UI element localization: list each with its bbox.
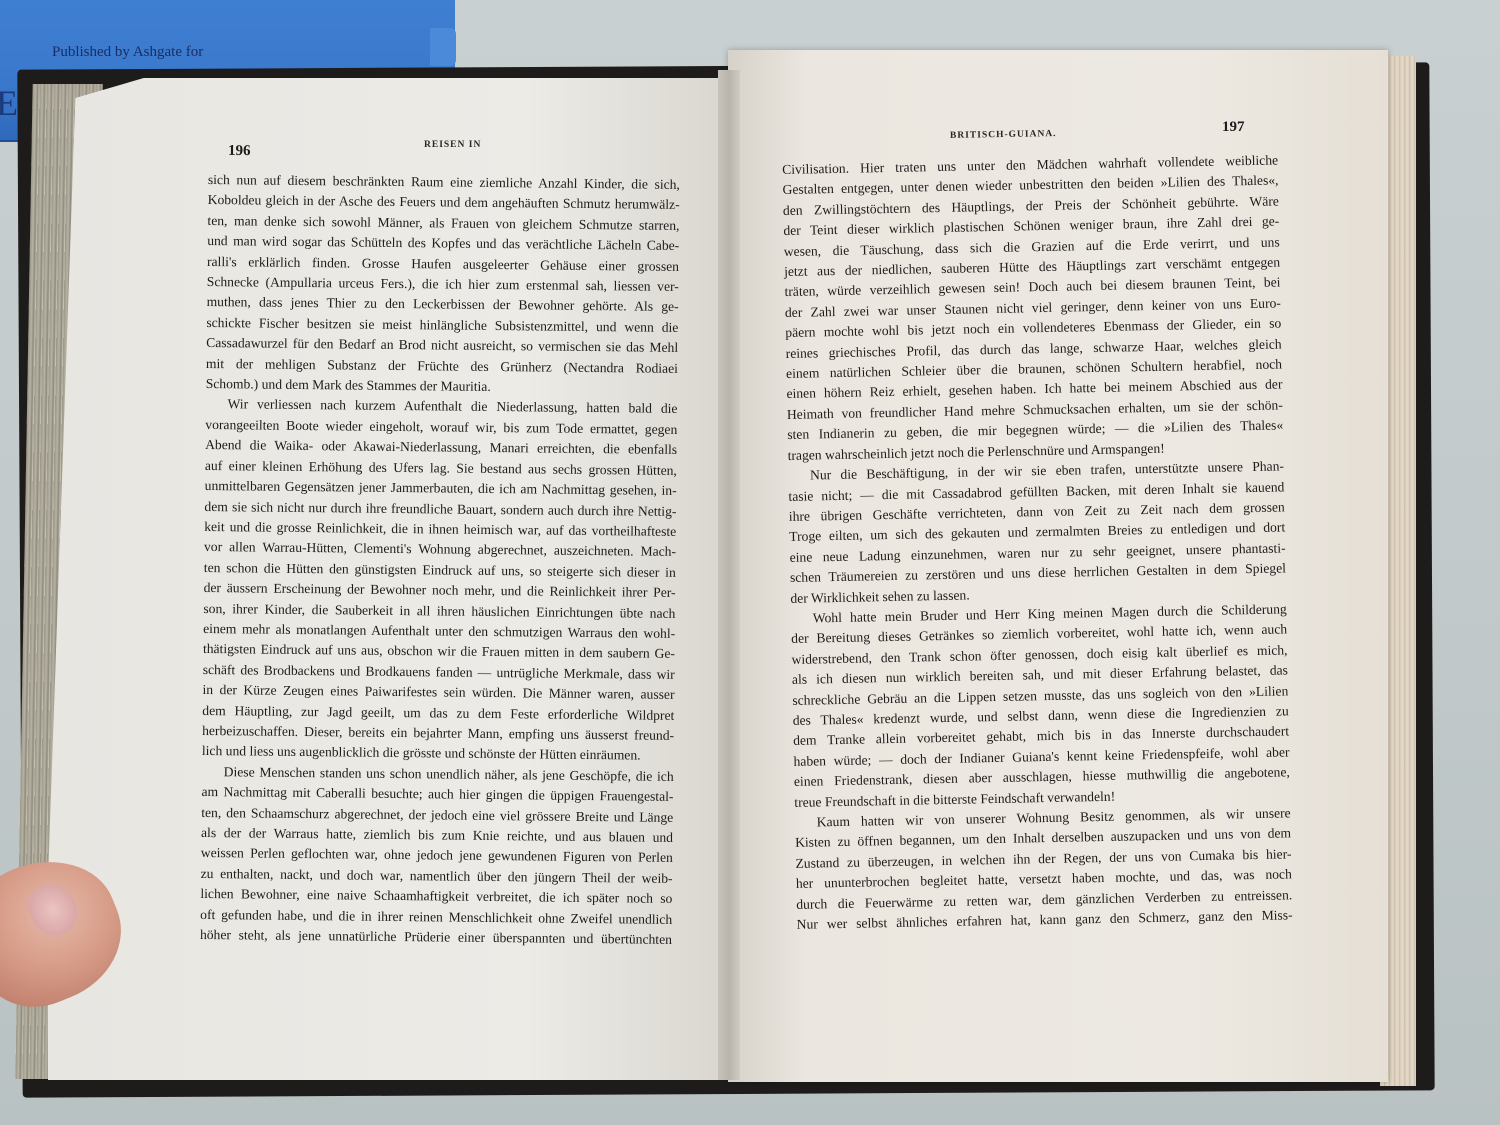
right-running-head: BRITISCH-GUIANA. (950, 129, 1057, 141)
book-tab (430, 28, 456, 66)
left-running-head: REISEN IN (424, 140, 481, 150)
left-page-number: 196 (228, 143, 251, 160)
right-page-number: 197 (1222, 119, 1245, 136)
book-gutter (718, 70, 740, 1080)
publisher-line: Published by Ashgate for (52, 44, 203, 61)
left-page-body: sich nun auf diesem beschränkten Raum ei… (200, 170, 680, 950)
right-page-body: Civilisation. Hier traten uns unter den … (782, 150, 1293, 935)
